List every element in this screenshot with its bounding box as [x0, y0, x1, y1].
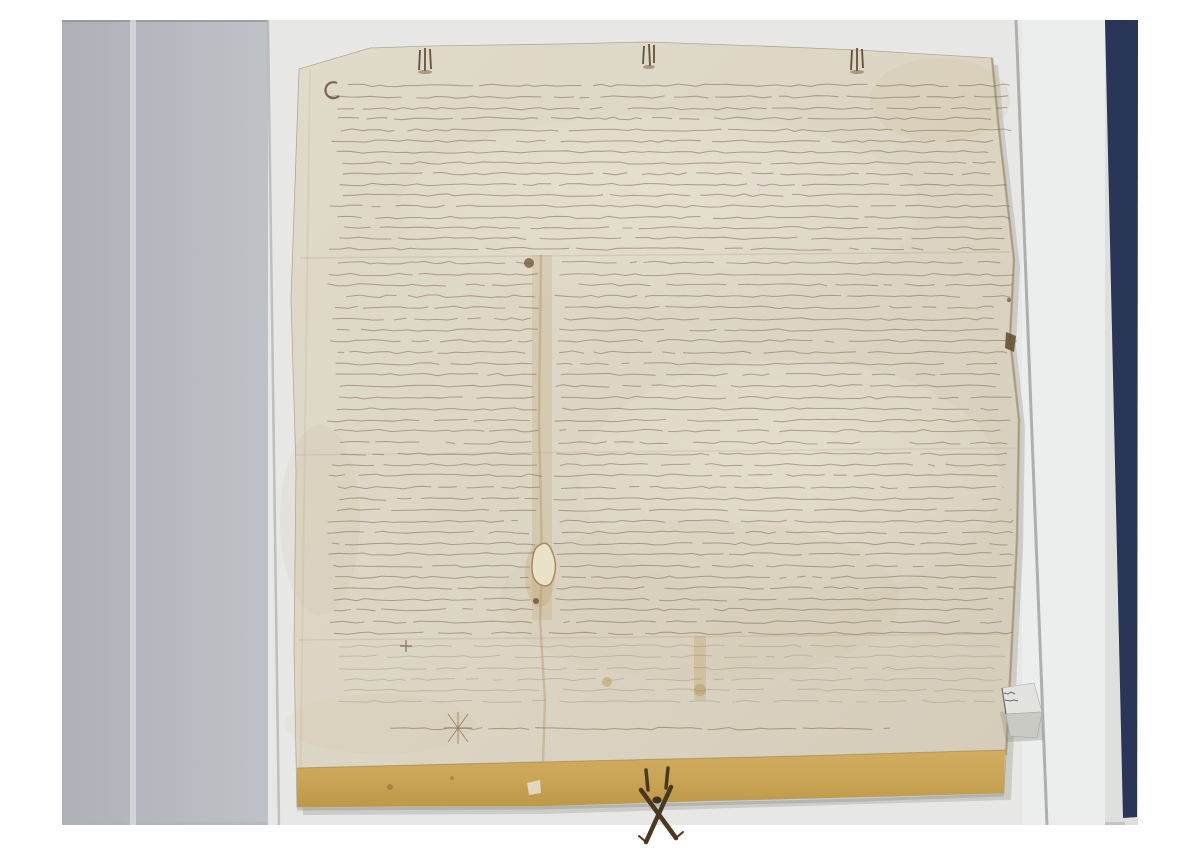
tab-lower-fold	[1006, 712, 1042, 738]
box-bevel-highlight	[130, 20, 136, 825]
edge-spot	[1007, 298, 1011, 302]
parchment-sheen	[400, 115, 920, 305]
photo-page	[0, 0, 1200, 848]
left-wash	[280, 425, 360, 615]
plica-spot-2	[450, 776, 454, 780]
charter-photo	[0, 0, 1200, 848]
patch-dark-spot	[533, 598, 539, 604]
small-tan-stain	[602, 677, 612, 687]
lower-left-wash	[285, 694, 475, 754]
repair-patch	[532, 543, 555, 586]
plica-spot	[387, 784, 393, 790]
